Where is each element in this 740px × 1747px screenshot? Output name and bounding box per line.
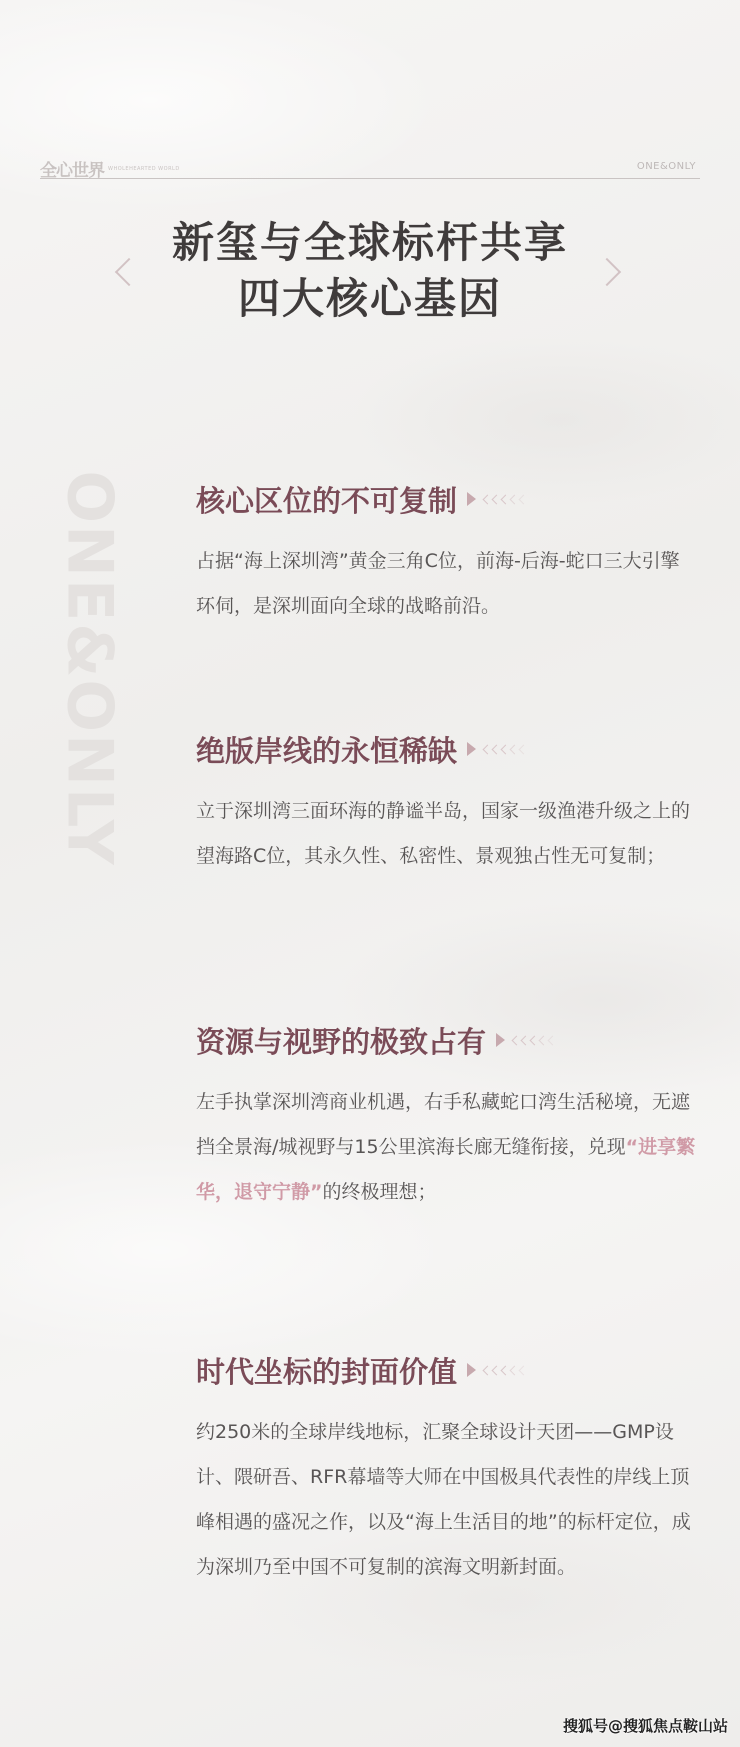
chevrons-left-icon: [484, 1367, 529, 1374]
chevrons-left-icon: [484, 496, 529, 503]
section-title: 时代坐标的封面价值: [196, 1350, 457, 1391]
vertical-watermark: ONE&ONLY: [40, 468, 140, 868]
section-heading: 绝版岸线的永恒稀缺: [196, 729, 696, 769]
source-watermark: 搜狐号@搜狐焦点鞍山站: [563, 1715, 728, 1736]
brand-name-cn: 全心世界: [40, 156, 104, 181]
body-text-pre: 左手执掌深圳湾商业机遇，右手私藏蛇口湾生活秘境，无遮挡全景海/城视野与15公里滨…: [196, 1091, 690, 1158]
section-body: 立于深圳湾三面环海的静谧半岛，国家一级渔港升级之上的望海路C位，其永久性、私密性…: [196, 789, 696, 879]
body-text-post: 的终极理想；: [323, 1181, 437, 1203]
section-coastline: 绝版岸线的永恒稀缺 立于深圳湾三面环海的静谧半岛，国家一级渔港升级之上的望海路C…: [196, 729, 696, 879]
brand-name-en: WHOLEHEARTED WORLD: [108, 166, 180, 172]
section-body: 左手执掌深圳湾商业机遇，右手私藏蛇口湾生活秘境，无遮挡全景海/城视野与15公里滨…: [196, 1080, 696, 1215]
section-heading: 核心区位的不可复制: [196, 479, 696, 519]
brand-logo-left: 全心世界 WHOLEHEARTED WORLD: [40, 156, 180, 181]
triangle-right-icon: [467, 492, 476, 506]
title-line-2: 四大核心基因: [0, 271, 740, 327]
section-body: 占据“海上深圳湾”黄金三角C位，前海-后海-蛇口三大引擎环伺，是深圳面向全球的战…: [196, 539, 696, 629]
section-title: 核心区位的不可复制: [196, 479, 457, 520]
section-title: 资源与视野的极致占有: [196, 1020, 486, 1061]
section-heading: 时代坐标的封面价值: [196, 1350, 696, 1390]
triangle-right-icon: [467, 1363, 476, 1377]
triangle-right-icon: [496, 1033, 505, 1047]
section-location: 核心区位的不可复制 占据“海上深圳湾”黄金三角C位，前海-后海-蛇口三大引擎环伺…: [196, 479, 696, 629]
section-landmark: 时代坐标的封面价值 约250米的全球岸线地标，汇聚全球设计天团——GMP设计、隈…: [196, 1350, 696, 1590]
chevrons-left-icon: [484, 746, 529, 753]
page-header: 全心世界 WHOLEHEARTED WORLD ONE&ONLY: [40, 156, 700, 179]
title-line-1: 新玺与全球标杆共享: [0, 215, 740, 271]
page-title: 新玺与全球标杆共享 四大核心基因: [0, 215, 740, 327]
brand-logo-right: ONE&ONLY: [637, 161, 696, 172]
chevrons-left-icon: [513, 1037, 558, 1044]
section-resources: 资源与视野的极致占有 左手执掌深圳湾商业机遇，右手私藏蛇口湾生活秘境，无遮挡全景…: [196, 1020, 696, 1215]
section-body: 约250米的全球岸线地标，汇聚全球设计天团——GMP设计、隈研吾、RFR幕墙等大…: [196, 1410, 696, 1590]
triangle-right-icon: [467, 742, 476, 756]
section-title: 绝版岸线的永恒稀缺: [196, 729, 457, 770]
watermark-text: ONE&ONLY: [54, 470, 127, 866]
section-heading: 资源与视野的极致占有: [196, 1020, 696, 1060]
